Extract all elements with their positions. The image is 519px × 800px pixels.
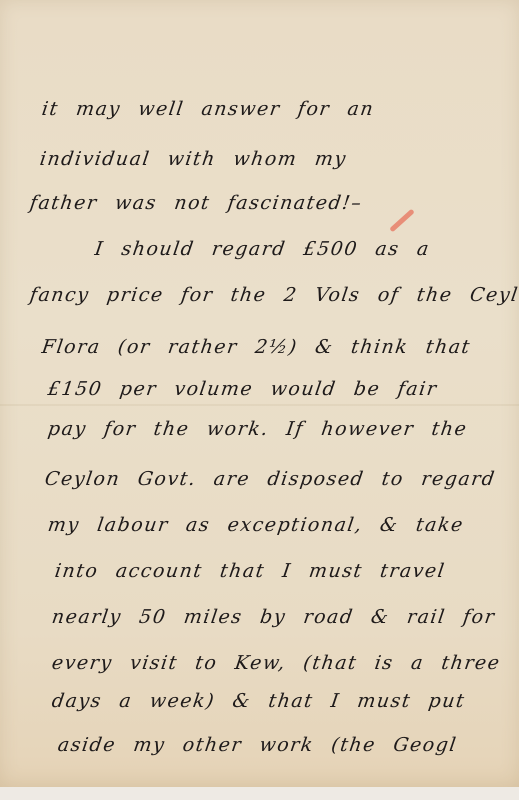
handwritten-line: pay for the work. If however the (46, 418, 468, 440)
handwritten-line: every visit to Kew, (that is a three (50, 652, 502, 674)
handwritten-line: days a week) & that I must put (50, 690, 466, 712)
handwritten-line: it may well answer for an (40, 98, 375, 120)
handwritten-line: I should regard £500 as a (93, 238, 431, 260)
handwritten-line: £150 per volume would be fair (46, 378, 438, 400)
handwritten-line: father was not fascinated!– (28, 192, 363, 214)
paper-fold-line (0, 404, 519, 406)
scan-margin (0, 787, 519, 800)
handwritten-line: my labour as exceptional, & take (46, 514, 465, 536)
handwritten-line: into account that I must travel (53, 560, 446, 582)
handwritten-line: fancy price for the 2 Vols of the Ceylon (28, 284, 519, 306)
handwritten-line: nearly 50 miles by road & rail for (50, 606, 496, 628)
letter-page: it may well answer for anindividual with… (0, 0, 519, 787)
handwritten-line: individual with whom my (38, 148, 348, 170)
handwritten-line: Flora (or rather 2½) & think that (40, 336, 472, 358)
red-pencil-mark (389, 209, 415, 233)
handwritten-line: aside my other work (the Geogl (56, 734, 458, 756)
handwritten-line: Ceylon Govt. are disposed to regard (43, 468, 497, 490)
